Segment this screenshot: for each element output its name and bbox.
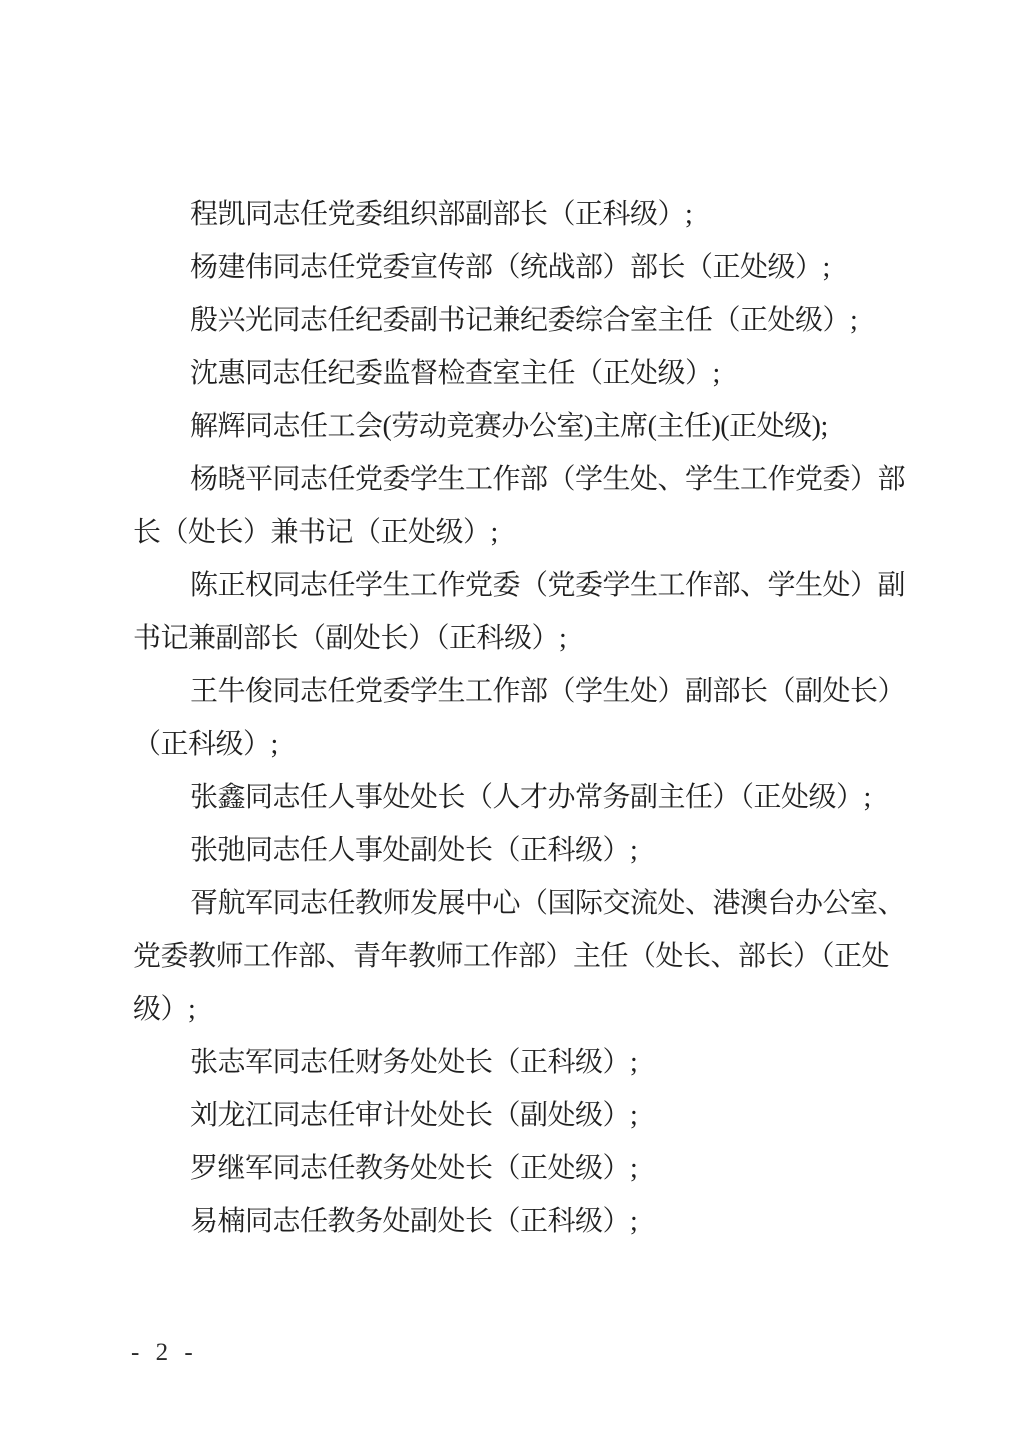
document-line: 殷兴光同志任纪委副书记兼纪委综合室主任（正处级）; [133,294,923,347]
document-line: 党委教师工作部、青年教师工作部）主任（处长、部长）（正处 [133,930,923,983]
page-number: - 2 - [131,1338,198,1368]
document-line: 长（处长）兼书记（正处级）; [133,506,923,559]
document-body: 程凯同志任党委组织部副部长（正科级）;杨建伟同志任党委宣传部（统战部）部长（正处… [133,188,923,1248]
document-line: （正科级）; [133,718,923,771]
document-line: 解辉同志任工会(劳动竞赛办公室)主席(主任)(正处级); [133,400,923,453]
document-line: 杨建伟同志任党委宣传部（统战部）部长（正处级）; [133,241,923,294]
document-page: 程凯同志任党委组织部副部长（正科级）;杨建伟同志任党委宣传部（统战部）部长（正处… [0,0,1024,1448]
document-line: 级）; [133,983,923,1036]
document-line: 王牛俊同志任党委学生工作部（学生处）副部长（副处长） [133,665,923,718]
document-line: 张弛同志任人事处副处长（正科级）; [133,824,923,877]
document-line: 易楠同志任教务处副处长（正科级）; [133,1195,923,1248]
document-line: 杨晓平同志任党委学生工作部（学生处、学生工作党委）部 [133,453,923,506]
document-line: 刘龙江同志任审计处处长（副处级）; [133,1089,923,1142]
document-line: 张鑫同志任人事处处长（人才办常务副主任）（正处级）; [133,771,923,824]
document-line: 罗继军同志任教务处处长（正处级）; [133,1142,923,1195]
document-line: 张志军同志任财务处处长（正科级）; [133,1036,923,1089]
document-line: 程凯同志任党委组织部副部长（正科级）; [133,188,923,241]
document-line: 沈惠同志任纪委监督检查室主任（正处级）; [133,347,923,400]
document-line: 胥航军同志任教师发展中心（国际交流处、港澳台办公室、 [133,877,923,930]
document-line: 陈正权同志任学生工作党委（党委学生工作部、学生处）副 [133,559,923,612]
document-line: 书记兼副部长（副处长）（正科级）; [133,612,923,665]
